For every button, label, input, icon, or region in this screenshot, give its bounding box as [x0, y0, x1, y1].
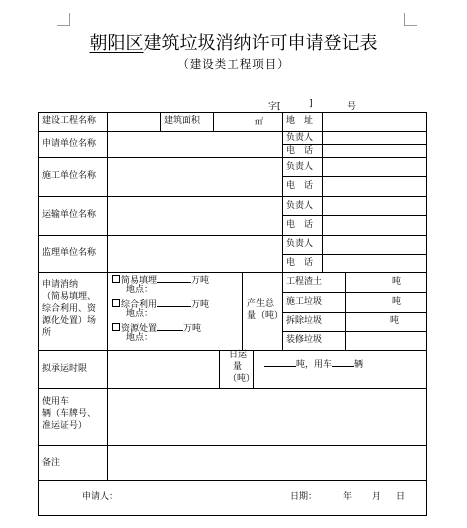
address-label: 地 址 — [286, 116, 313, 127]
page-subtitle: （建设类工程项目） — [0, 56, 467, 72]
doc-number-zi: 字[ — [268, 99, 281, 112]
daily-amount-text: 吨，用车辆 — [264, 357, 363, 371]
supervision-contact-field[interactable] — [323, 236, 426, 254]
construction-contact-field[interactable] — [323, 158, 426, 176]
construction-phone-field[interactable] — [323, 177, 426, 196]
applicant-signature-label: 申请人： — [82, 492, 118, 503]
total-amount-label-line-2: 量（吨） — [247, 311, 283, 322]
disposal-label-line-3: 综合利用、资 — [42, 304, 96, 315]
applicant-unit-label: 申请单位名称 — [42, 139, 96, 150]
transport-period-field[interactable] — [108, 351, 219, 388]
reuse-place-label: 地点： — [126, 309, 153, 320]
applicant-contact-field[interactable] — [323, 132, 426, 144]
address-field[interactable] — [323, 113, 426, 131]
column-divider — [219, 350, 220, 388]
transport-phone-field[interactable] — [323, 216, 426, 235]
daily-amount-label-line-3: （吨） — [228, 374, 255, 385]
vehicles-field[interactable] — [108, 389, 426, 445]
disposal-label-line-2: （简易填埋、 — [42, 292, 96, 303]
landfill-place-label: 地点： — [126, 285, 153, 296]
landfill-amount-blank[interactable] — [157, 273, 191, 283]
applicant-signature-field[interactable] — [120, 484, 250, 512]
date-month: 月 — [372, 492, 381, 503]
row-divider — [38, 272, 427, 273]
landfill-checkbox[interactable] — [112, 275, 120, 283]
applicant-unit-field[interactable] — [108, 132, 282, 157]
waste-type-demolition: 拆除垃圾 — [286, 316, 322, 327]
vehicle-count-blank[interactable] — [332, 357, 354, 367]
total-amount-label-line-1: 产生总 — [247, 299, 274, 310]
construction-contact-label: 负责人 — [286, 162, 313, 173]
date-label: 日期： — [290, 492, 317, 503]
daily-amount-label-line-2: 量 — [233, 362, 242, 373]
construction-phone-label: 电 话 — [286, 181, 313, 192]
title-district: 朝阳区 — [90, 33, 144, 54]
row-divider — [282, 312, 427, 313]
reuse-checkbox[interactable] — [112, 299, 120, 307]
title-main: 建筑垃圾消纳许可申请登记表 — [144, 33, 378, 54]
column-divider — [160, 112, 161, 131]
remarks-label: 备注 — [42, 458, 60, 469]
waste-type-construction: 施工垃圾 — [286, 297, 322, 308]
transport-unit-label: 运输单位名称 — [42, 210, 96, 221]
area-unit: ㎡ — [255, 116, 263, 127]
column-divider — [242, 272, 243, 350]
reuse-amount-blank[interactable] — [157, 297, 191, 307]
page-corner-mark-top-right — [404, 13, 417, 26]
vehicles-label-line-3: 准运证号） — [42, 421, 87, 432]
transport-contact-field[interactable] — [323, 197, 426, 215]
transport-contact-label: 负责人 — [286, 201, 313, 212]
project-name-field[interactable] — [108, 113, 160, 131]
supervision-unit-field[interactable] — [108, 236, 282, 272]
disposal-label-line-4: 源化处置）场 — [42, 316, 96, 327]
applicant-phone-label: 电 话 — [286, 146, 313, 157]
construction-unit-label: 施工单位名称 — [42, 171, 96, 182]
building-area-label: 建筑面积 — [164, 116, 200, 127]
remarks-field[interactable] — [108, 446, 426, 480]
waste-type-decoration: 装修垃圾 — [286, 335, 322, 346]
resource-place-label: 地点： — [126, 333, 153, 344]
transport-unit-field[interactable] — [108, 197, 282, 235]
doc-number-hao: 号 — [347, 99, 356, 112]
construction-waste-value[interactable]: 吨 — [392, 297, 401, 308]
applicant-phone-field[interactable] — [323, 145, 426, 157]
supervision-unit-label: 监理单位名称 — [42, 248, 96, 259]
page-corner-mark-top-left — [57, 13, 70, 26]
disposal-label-line-1: 申请消纳 — [42, 280, 78, 291]
vehicles-label-line-1: 使用车 — [42, 397, 69, 408]
applicant-contact-label: 负责人 — [286, 133, 313, 144]
page-title: 朝阳区建筑垃圾消纳许可申请登记表 — [0, 29, 467, 55]
row-divider — [282, 292, 427, 293]
engineering-soil-value[interactable]: 吨 — [392, 277, 401, 288]
decoration-waste-value[interactable] — [346, 332, 426, 350]
daily-ton-blank[interactable] — [264, 357, 296, 367]
supervision-phone-field[interactable] — [323, 255, 426, 272]
date-day: 日 — [396, 492, 405, 503]
project-name-label: 建设工程名称 — [42, 116, 96, 127]
demolition-waste-value[interactable]: 吨 — [390, 316, 399, 327]
date-year: 年 — [343, 492, 352, 503]
transport-period-label: 拟承运时限 — [42, 364, 87, 375]
daily-amount-label-line-1: 日运 — [229, 350, 247, 361]
resource-checkbox[interactable] — [112, 323, 120, 331]
vehicles-label-line-2: 辆（车牌号、 — [42, 409, 96, 420]
construction-unit-field[interactable] — [108, 158, 282, 196]
supervision-contact-label: 负责人 — [286, 239, 313, 250]
building-area-field[interactable] — [214, 113, 254, 131]
doc-number-bracket-close: ] — [309, 99, 313, 109]
transport-phone-label: 电 话 — [286, 220, 313, 231]
disposal-label-line-5: 所 — [42, 328, 51, 339]
row-divider — [38, 480, 427, 481]
column-divider — [282, 112, 283, 272]
supervision-phone-label: 电 话 — [286, 258, 313, 269]
waste-type-engineering-soil: 工程渣土 — [286, 277, 322, 288]
resource-amount-blank[interactable] — [157, 321, 183, 331]
